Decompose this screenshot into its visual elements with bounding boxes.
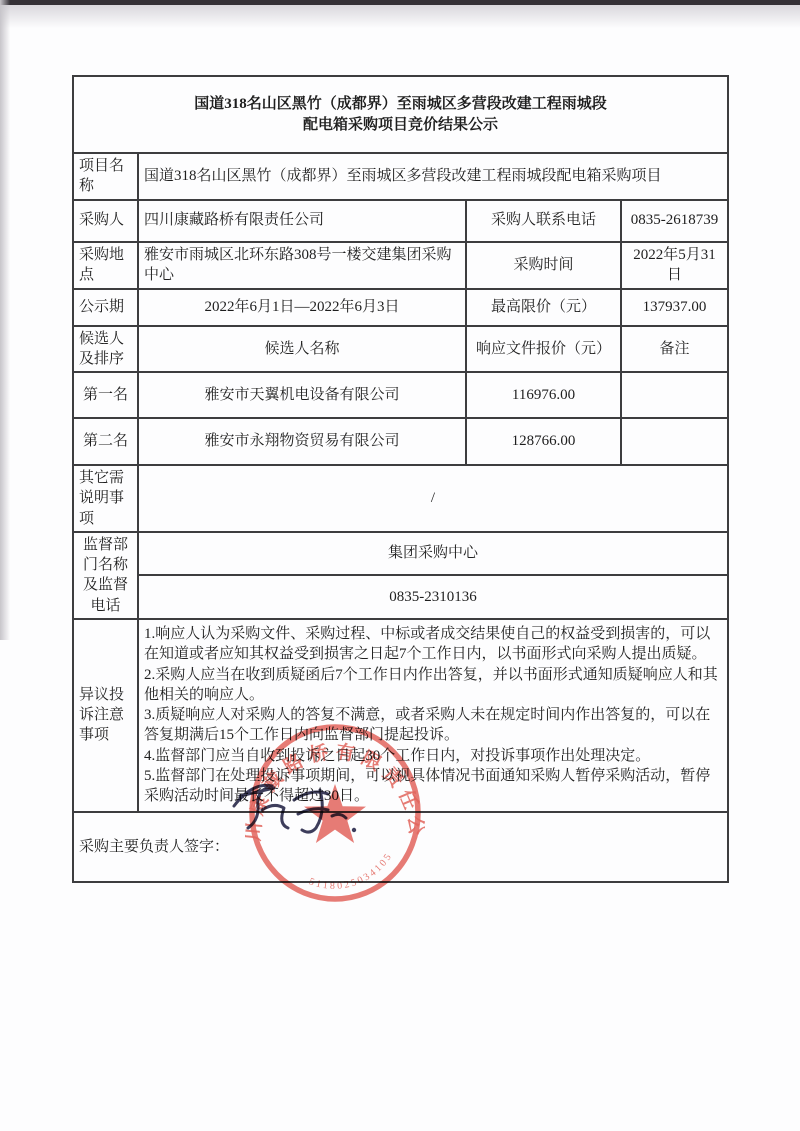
table-row: 公示期 2022年6月1日—2022年6月3日 最高限价（元） 137937.0… — [73, 289, 728, 326]
table-row: 采购地点 雅安市雨城区北环东路308号一楼交建集团采购中心 采购时间 2022年… — [73, 242, 728, 289]
complaint-notes: 1.响应人认为采购文件、采购过程、中标或者成交结果使自己的权益受到损害的，可以在… — [138, 619, 728, 812]
candidate-name: 雅安市天翼机电设备有限公司 — [138, 372, 466, 418]
signature-label: 采购主要负责人签字： — [73, 812, 728, 882]
complaint-row: 异议投诉注意事项 1.响应人认为采购文件、采购过程、中标或者成交结果使自己的权益… — [73, 619, 728, 812]
time-value: 2022年5月31日 — [621, 242, 728, 289]
scan-shade-left — [0, 0, 12, 640]
project-name-value: 国道318名山区黑竹（成都界）至雨城区多营段改建工程雨城段配电箱采购项目 — [138, 153, 728, 200]
signature-row: 采购主要负责人签字： — [73, 812, 728, 882]
candidate-price-header: 响应文件报价（元） — [466, 326, 621, 373]
purchaser-phone-label: 采购人联系电话 — [466, 200, 621, 242]
table-row: 项目名称 国道318名山区黑竹（成都界）至雨城区多营段改建工程雨城段配电箱采购项… — [73, 153, 728, 200]
document-title-line1: 国道318名山区黑竹（成都界）至雨城区多营段改建工程雨城段 — [79, 94, 722, 114]
table-row: 国道318名山区黑竹（成都界）至雨城区多营段改建工程雨城段 配电箱采购项目竞价结… — [73, 76, 728, 153]
candidate-row-first: 第一名 雅安市天翼机电设备有限公司 116976.00 — [73, 372, 728, 418]
candidate-price: 116976.00 — [466, 372, 621, 418]
time-label: 采购时间 — [466, 242, 621, 289]
location-label: 采购地点 — [73, 242, 138, 289]
other-notes-label: 其它需说明事项 — [73, 465, 138, 532]
complaint-label: 异议投诉注意事项 — [73, 619, 138, 812]
complaint-item-4: 4.监督部门应当自收到投诉之日起30个工作日内，对投诉事项作出处理决定。 — [144, 746, 722, 766]
candidate-remark — [621, 418, 728, 465]
candidate-name: 雅安市永翔物资贸易有限公司 — [138, 418, 466, 465]
candidate-rank: 第二名 — [73, 418, 138, 465]
supervision-label: 监督部门名称及监督电话 — [73, 532, 138, 619]
purchaser-value: 四川康藏路桥有限责任公司 — [138, 200, 466, 242]
candidate-rank-header: 候选人及排序 — [73, 326, 138, 373]
candidate-remark — [621, 372, 728, 418]
complaint-item-5: 5.监督部门在处理投诉事项期间，可以视具体情况书面通知采购人暂停采购活动，暂停采… — [144, 766, 722, 807]
publicity-period-label: 公示期 — [73, 289, 138, 326]
purchaser-label: 采购人 — [73, 200, 138, 242]
table-row: 其它需说明事项 / — [73, 465, 728, 532]
document-title: 国道318名山区黑竹（成都界）至雨城区多营段改建工程雨城段 配电箱采购项目竞价结… — [73, 76, 728, 153]
candidate-rank: 第一名 — [73, 372, 138, 418]
scanned-document-page: 国道318名山区黑竹（成都界）至雨城区多营段改建工程雨城段 配电箱采购项目竞价结… — [0, 0, 800, 1131]
scan-shade-top — [0, 5, 800, 31]
announcement-table: 国道318名山区黑竹（成都界）至雨城区多营段改建工程雨城段 配电箱采购项目竞价结… — [72, 75, 729, 883]
candidate-remark-header: 备注 — [621, 326, 728, 373]
max-price-value: 137937.00 — [621, 289, 728, 326]
max-price-label: 最高限价（元） — [466, 289, 621, 326]
supervision-phone: 0835-2310136 — [138, 575, 728, 619]
complaint-item-1: 1.响应人认为采购文件、采购过程、中标或者成交结果使自己的权益受到损害的，可以在… — [144, 624, 722, 665]
candidate-name-header: 候选人名称 — [138, 326, 466, 373]
candidate-price: 128766.00 — [466, 418, 621, 465]
table-row: 采购人 四川康藏路桥有限责任公司 采购人联系电话 0835-2618739 — [73, 200, 728, 242]
project-name-label: 项目名称 — [73, 153, 138, 200]
supervision-department: 集团采购中心 — [138, 532, 728, 575]
purchaser-phone-value: 0835-2618739 — [621, 200, 728, 242]
table-row: 0835-2310136 — [73, 575, 728, 619]
candidate-row-second: 第二名 雅安市永翔物资贸易有限公司 128766.00 — [73, 418, 728, 465]
document-title-line2: 配电箱采购项目竞价结果公示 — [79, 115, 722, 135]
location-value: 雅安市雨城区北环东路308号一楼交建集团采购中心 — [138, 242, 466, 289]
publicity-period-value: 2022年6月1日—2022年6月3日 — [138, 289, 466, 326]
complaint-item-3: 3.质疑响应人对采购人的答复不满意，或者采购人未在规定时间内作出答复的，可以在答… — [144, 705, 722, 746]
complaint-item-2: 2.采购人应当在收到质疑函后7个工作日内作出答复，并以书面形式通知质疑响应人和其… — [144, 665, 722, 706]
candidates-header-row: 候选人及排序 候选人名称 响应文件报价（元） 备注 — [73, 326, 728, 373]
table-row: 监督部门名称及监督电话 集团采购中心 — [73, 532, 728, 575]
other-notes-value: / — [138, 465, 728, 532]
